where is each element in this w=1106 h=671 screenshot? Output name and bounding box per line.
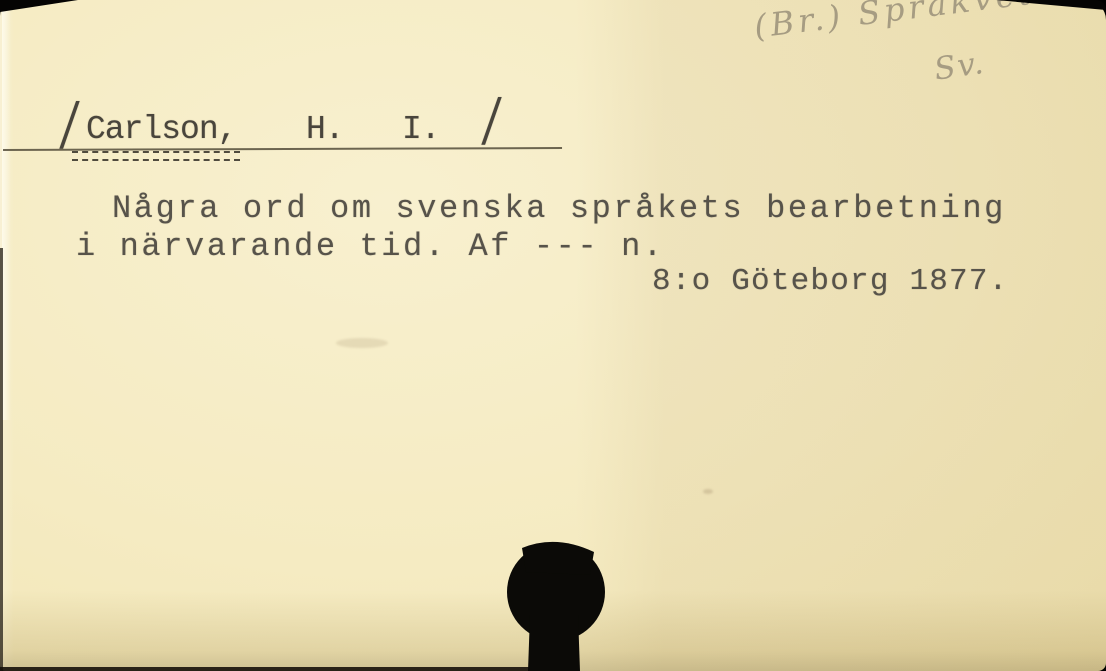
heading-underline-pencil <box>3 133 562 151</box>
title-line-2: i närvarande tid. Af --- n. <box>76 228 665 265</box>
bottom-edge-shadow <box>0 667 540 671</box>
scan-corner-top-left <box>0 0 78 12</box>
left-edge-highlight <box>2 0 11 420</box>
paper-smudge <box>703 489 713 494</box>
pencil-annotation-language: Sv. <box>932 45 987 88</box>
catalog-card: (Br.) Språkvet. Sv. / Carlson, H. I. / N… <box>0 0 1106 671</box>
paper-smudge <box>336 338 388 348</box>
punch-hole-icon <box>0 0 1106 671</box>
heading-close-slash: / <box>479 96 504 161</box>
left-edge-shadow <box>0 248 3 671</box>
pencil-annotation-classification: (Br.) Språkvet. <box>752 0 1051 46</box>
imprint-line: 8:o Göteborg 1877. <box>652 264 1008 299</box>
surname-double-underline <box>72 151 240 161</box>
title-line-1: Några ord om svenska språkets bearbetnin… <box>112 190 1006 227</box>
